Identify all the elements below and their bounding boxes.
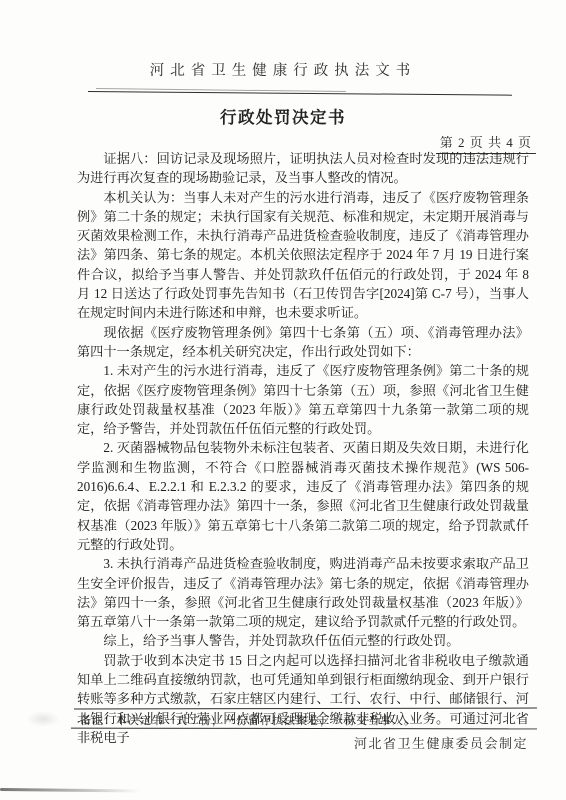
- scan-line-artifact: [0, 788, 140, 792]
- document-body: 证据八：回访记录及现场照片，证明执法人员对检查时发现的违法违规行为进行再次复查的…: [77, 149, 529, 747]
- body-paragraph-penalty-item-3: 3. 未执行消毒产品进货检查验收制度，购进消毒产品未按要求索取产品卫生安全评价报…: [77, 554, 529, 631]
- issuer-footer: 河北省卫生健康委员会制定: [354, 733, 528, 752]
- body-paragraph-findings: 本机关认为：当事人未对产生的污水进行消毒，违反了《医疗废物管理条例》第二十条的规…: [77, 188, 529, 323]
- header-divider-rule: [88, 91, 512, 96]
- body-paragraph-penalty-item-2: 2. 灭菌器械物品包装物外未标注包装者、灭菌日期及失效日期，未进行化学监测和生物…: [77, 438, 529, 554]
- document-page: 河北省卫生健康行政执法文书 行政处罚决定书 第 2 页 共 4 页 证据八：回访…: [0, 0, 566, 800]
- scan-smudge-artifact: [26, 711, 60, 727]
- body-paragraph-legal-basis: 现依据《医疗废物管理条例》第四十七条第（五）项、《消毒管理办法》第四十一条规定，…: [77, 323, 529, 362]
- note-text: 备注：本决定书一式二份，一份留存执法案卷，一份交当事人。: [80, 712, 530, 728]
- body-paragraph-summary: 综上，给予当事人警告，并处罚款玖仟伍佰元整的行政处罚。: [77, 631, 529, 650]
- body-paragraph-penalty-item-1: 1. 未对产生的污水进行消毒，违反了《医疗废物管理条例》第二十条的规定，依据《医…: [77, 361, 529, 438]
- document-header-label: 河北省卫生健康行政执法文书: [0, 59, 566, 80]
- body-paragraph-evidence: 证据八：回访记录及现场照片，证明执法人员对检查时发现的违法违规行为进行再次复查的…: [77, 149, 529, 188]
- document-title: 行政处罚决定书: [0, 104, 566, 128]
